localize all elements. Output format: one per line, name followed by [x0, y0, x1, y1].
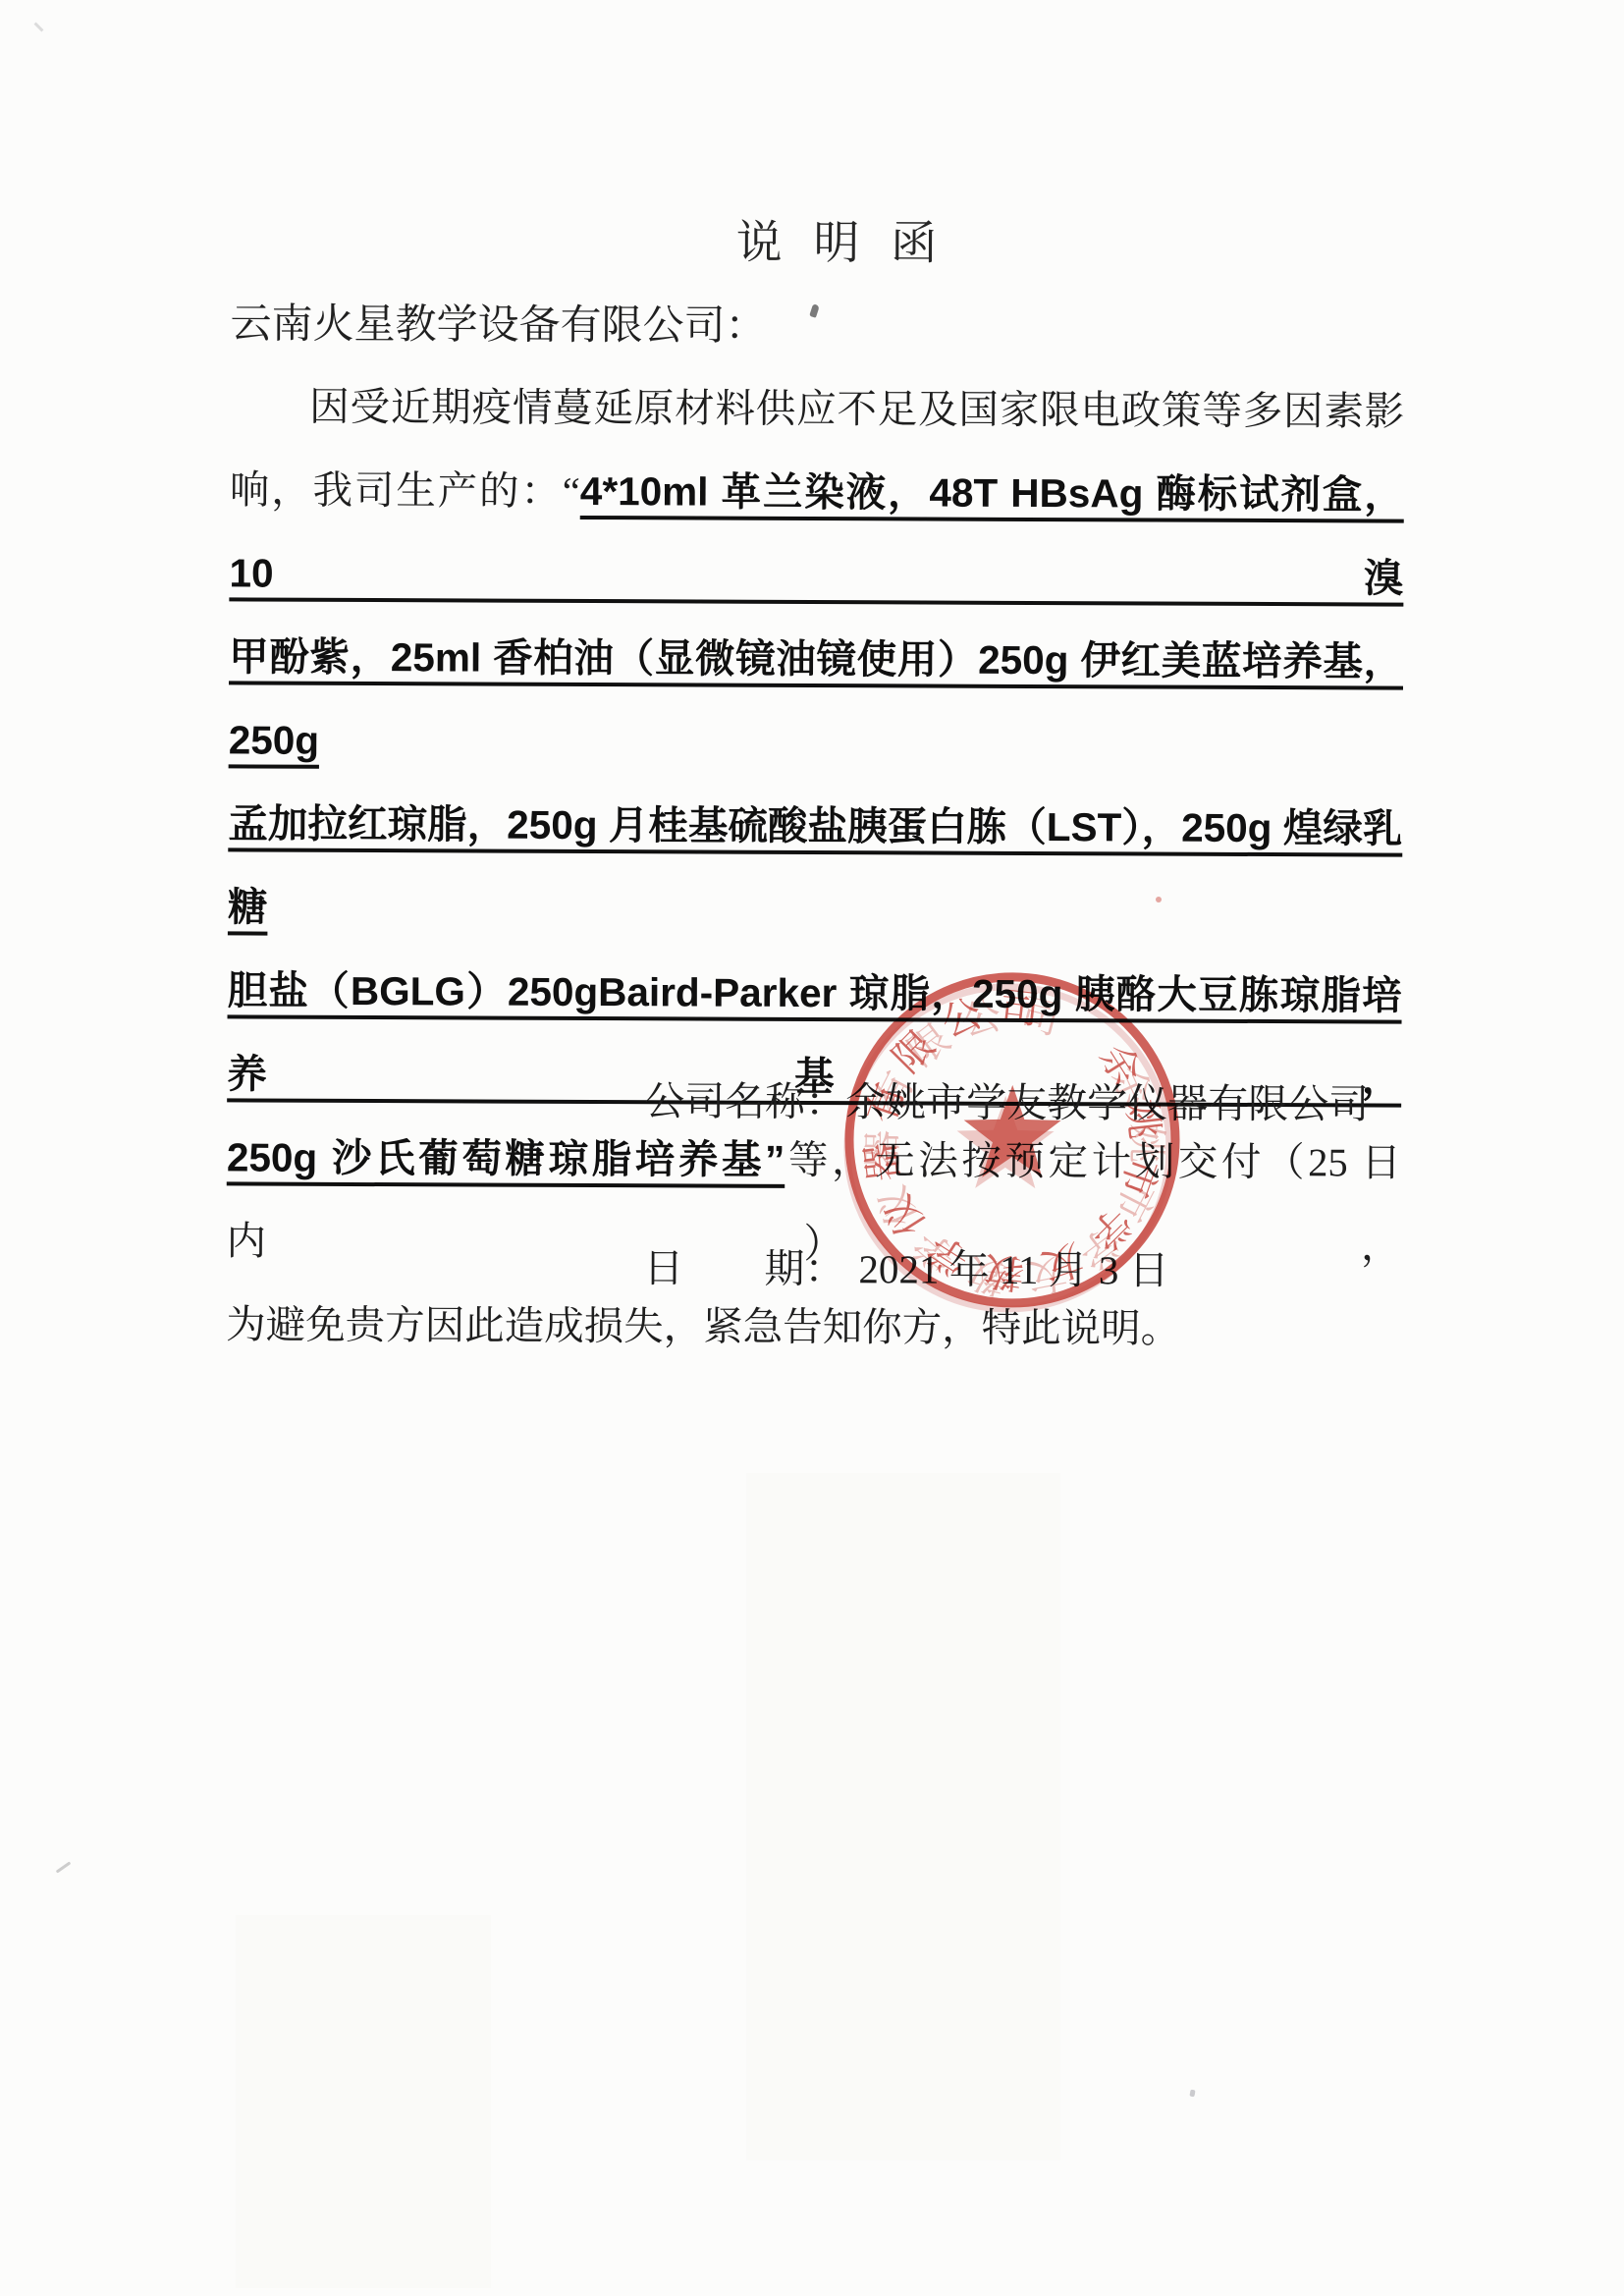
product-list-segment: 孟加拉红琼脂，250g 月桂基硫酸盐胰蛋白胨（LST），250g 煌绿乳糖: [228, 800, 1403, 929]
body-text-segment: 响，我司生产的：“: [230, 467, 580, 514]
paragraph-line: 因受近期疫情蔓延原材料供应不足及国家限电政策等多因素影: [230, 364, 1404, 453]
letter-page: 说 明 函 云南火星教学设备有限公司： 因受近期疫情蔓延原材料供应不足及国家限电…: [0, 0, 1624, 2296]
company-seal-stamp: 余姚市学友教学仪器有限公司 余姚市学友教学仪器有限公司: [815, 943, 1210, 1338]
paragraph-line: 孟加拉红琼脂，250g 月桂基硫酸盐胰蛋白胨（LST），250g 煌绿乳糖: [228, 782, 1403, 954]
addressee-line: 云南火星教学设备有限公司：: [230, 291, 766, 352]
paragraph-line: 甲酚紫，25ml 香柏油（显微镜油镜使用）250g 伊红美蓝培养基，250g: [229, 615, 1404, 787]
paragraph-line: 响，我司生产的：“4*10ml 革兰染液，48T HBsAg 酶标试剂盒，10 …: [229, 448, 1404, 620]
product-list-segment: 甲酚紫，25ml 香柏油（显微镜油镜使用）250g 伊红美蓝培养基，250g: [229, 633, 1404, 762]
scan-speck: [1156, 897, 1162, 902]
product-list-segment: 250g 沙氏葡萄糖琼脂培养基”: [227, 1134, 785, 1181]
letter-content: 说 明 函 云南火星教学设备有限公司： 因受近期疫情蔓延原材料供应不足及国家限电…: [0, 0, 1624, 2296]
body-text-segment: 因受近期疫情蔓延原材料供应不足及国家限电政策等多因素影: [309, 385, 1404, 434]
page-title: 说 明 函: [29, 203, 1624, 276]
paragraph-line: 为避免贵方因此造成损失，紧急告知你方，特此说明。: [226, 1283, 1400, 1371]
